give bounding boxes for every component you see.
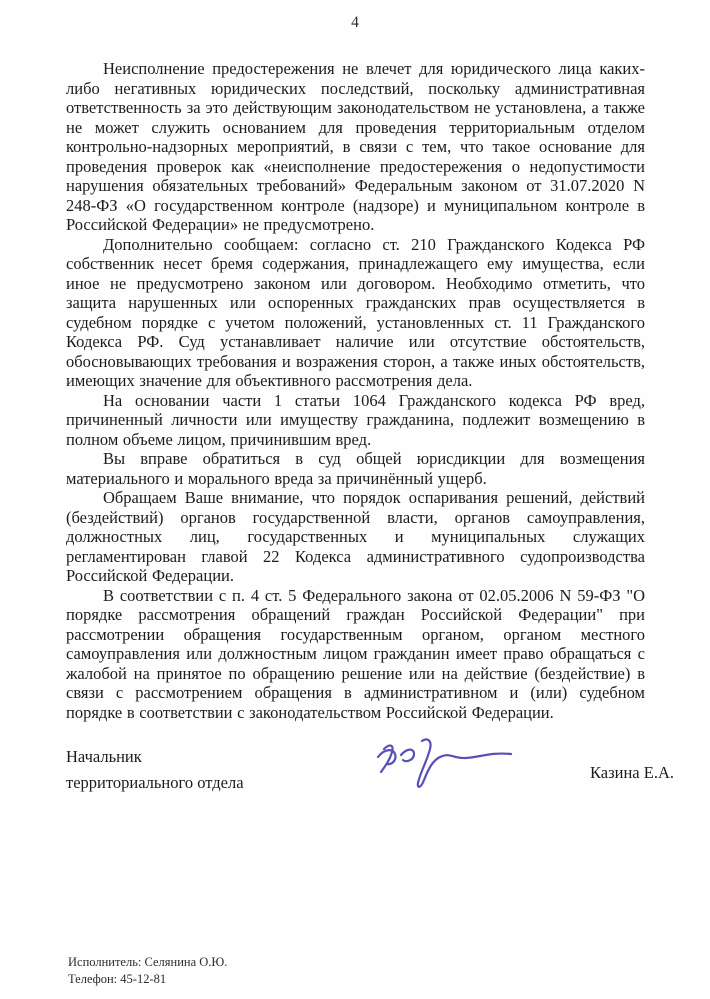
executor-line: Исполнитель: Селянина О.Ю.	[68, 954, 227, 971]
executor-footer: Исполнитель: Селянина О.Ю. Телефон: 45-1…	[68, 954, 227, 988]
paragraph-civil-code-210: Дополнительно сообщаем: согласно ст. 210…	[66, 235, 645, 391]
position-line-2: территориального отдела	[66, 773, 244, 792]
paragraph-warning-nonfulfillment: Неисполнение предостережения не влечет д…	[66, 59, 645, 235]
phone-line: Телефон: 45-12-81	[68, 971, 227, 988]
scanned-letter-page: 4 Неисполнение предостережения не влечет…	[0, 0, 710, 999]
paragraph-civil-code-1064: На основании части 1 статьи 1064 Граждан…	[66, 391, 645, 450]
document-body: Неисполнение предостережения не влечет д…	[66, 59, 645, 722]
paragraph-court-appeal: Вы вправе обратиться в суд общей юрисдик…	[66, 449, 645, 488]
signer-name: Казина Е.А.	[590, 763, 674, 783]
handwritten-signature-icon	[374, 734, 524, 796]
position-line-1: Начальник	[66, 747, 142, 766]
signature-block: Начальник территориального отдела Казина…	[66, 742, 674, 802]
page-number: 4	[0, 14, 710, 32]
signer-position-title: Начальник территориального отдела	[66, 744, 244, 796]
paragraph-cas-chapter-22: Обращаем Ваше внимание, что порядок оспа…	[66, 488, 645, 586]
paragraph-law-59fz: В соответствии с п. 4 ст. 5 Федерального…	[66, 586, 645, 723]
